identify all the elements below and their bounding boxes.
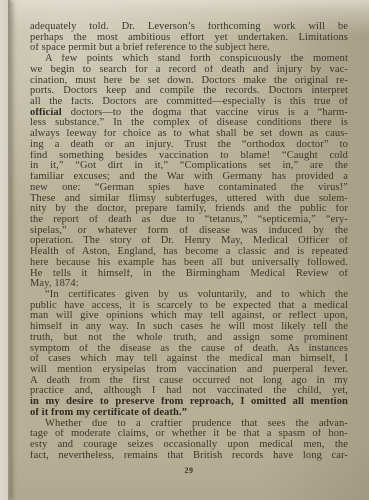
text-line: nity by the doctor, prepare family, frie… [30,204,348,215]
page-number: 29 [30,466,348,475]
text-line: all the facts. Doctors are committed—esp… [30,97,348,108]
text-line: cination, must here be set down. Doctors… [30,76,348,87]
text-line: of space permit but a brief reference to… [30,43,348,54]
text-line: He tells it himself, in the Birmingham M… [30,269,348,280]
text-line: find something besides vaccination to bl… [30,151,348,162]
text-line: May, 1874: [30,279,348,290]
text-line: Whether due to a craftier prudence that … [30,419,348,430]
text-line: of cases which may tell against the medi… [30,354,348,365]
text-line: symptom of the disease as the cause of d… [30,344,348,355]
text-line: we begin to search for a record of death… [30,65,348,76]
text-line: the report of death as due to “tetanus,”… [30,215,348,226]
text-line: tage of moderate claims, or whether it b… [30,429,348,440]
text-line: These and similar flimsy subterfuges, ut… [30,194,348,205]
text-line: A few points which stand forth conspicuo… [30,54,348,65]
text-line: public have access, it is scarcely to be… [30,301,348,312]
text-line: new one: “German spies have contaminated… [30,183,348,194]
text-line: fact, nevertheless, remains that British… [30,451,348,462]
text-line: “In certificates given by us voluntarily… [30,290,348,301]
book-page: adequately told. Dr. Leverson’s forthcom… [0,0,369,500]
text-line: truth, but not the whole truth, and assi… [30,333,348,344]
text-line: operation. The story of Dr. Henry May, M… [30,236,348,247]
text-line: sipelas,” or whatever form of disease wa… [30,226,348,237]
page-text-block: adequately told. Dr. Leverson’s forthcom… [30,22,348,461]
text-line: Health of Aston, England, has become a c… [30,247,348,258]
text-line: here because his example has been all bu… [30,258,348,269]
text-line: in it,” “Got dirt in it,” “Complications… [30,161,348,172]
text-line: esty and courage seizes occasionally upo… [30,440,348,451]
text-line: in my desire to preserve from reproach, … [30,397,348,408]
text-line: practice and, although I had not vaccina… [30,386,348,397]
text-line: himself in any way. In such cases he wil… [30,322,348,333]
text-line: perhaps the most ambitious effort yet un… [30,33,348,44]
text-line: will mention erysipelas from vaccination… [30,365,348,376]
text-line: less substance.” In the complex of disea… [30,118,348,129]
text-line: official doctors—to the dogma that vacci… [30,108,348,119]
text-line: adequately told. Dr. Leverson’s forthcom… [30,22,348,33]
text-line: familiar excuses; and the War with Germa… [30,172,348,183]
text-line: man will give opinions which may tell ag… [30,311,348,322]
page-edge [0,0,10,500]
text-line: A death from the first cause occurred no… [30,376,348,387]
text-line: always leeway for choice as to what shal… [30,129,348,140]
text-line: ports. Doctors keep and compile the reco… [30,86,348,97]
text-line: of it from my certificate of death.” [30,408,348,419]
text-line: ing a death or an injury. Trust the “ort… [30,140,348,151]
